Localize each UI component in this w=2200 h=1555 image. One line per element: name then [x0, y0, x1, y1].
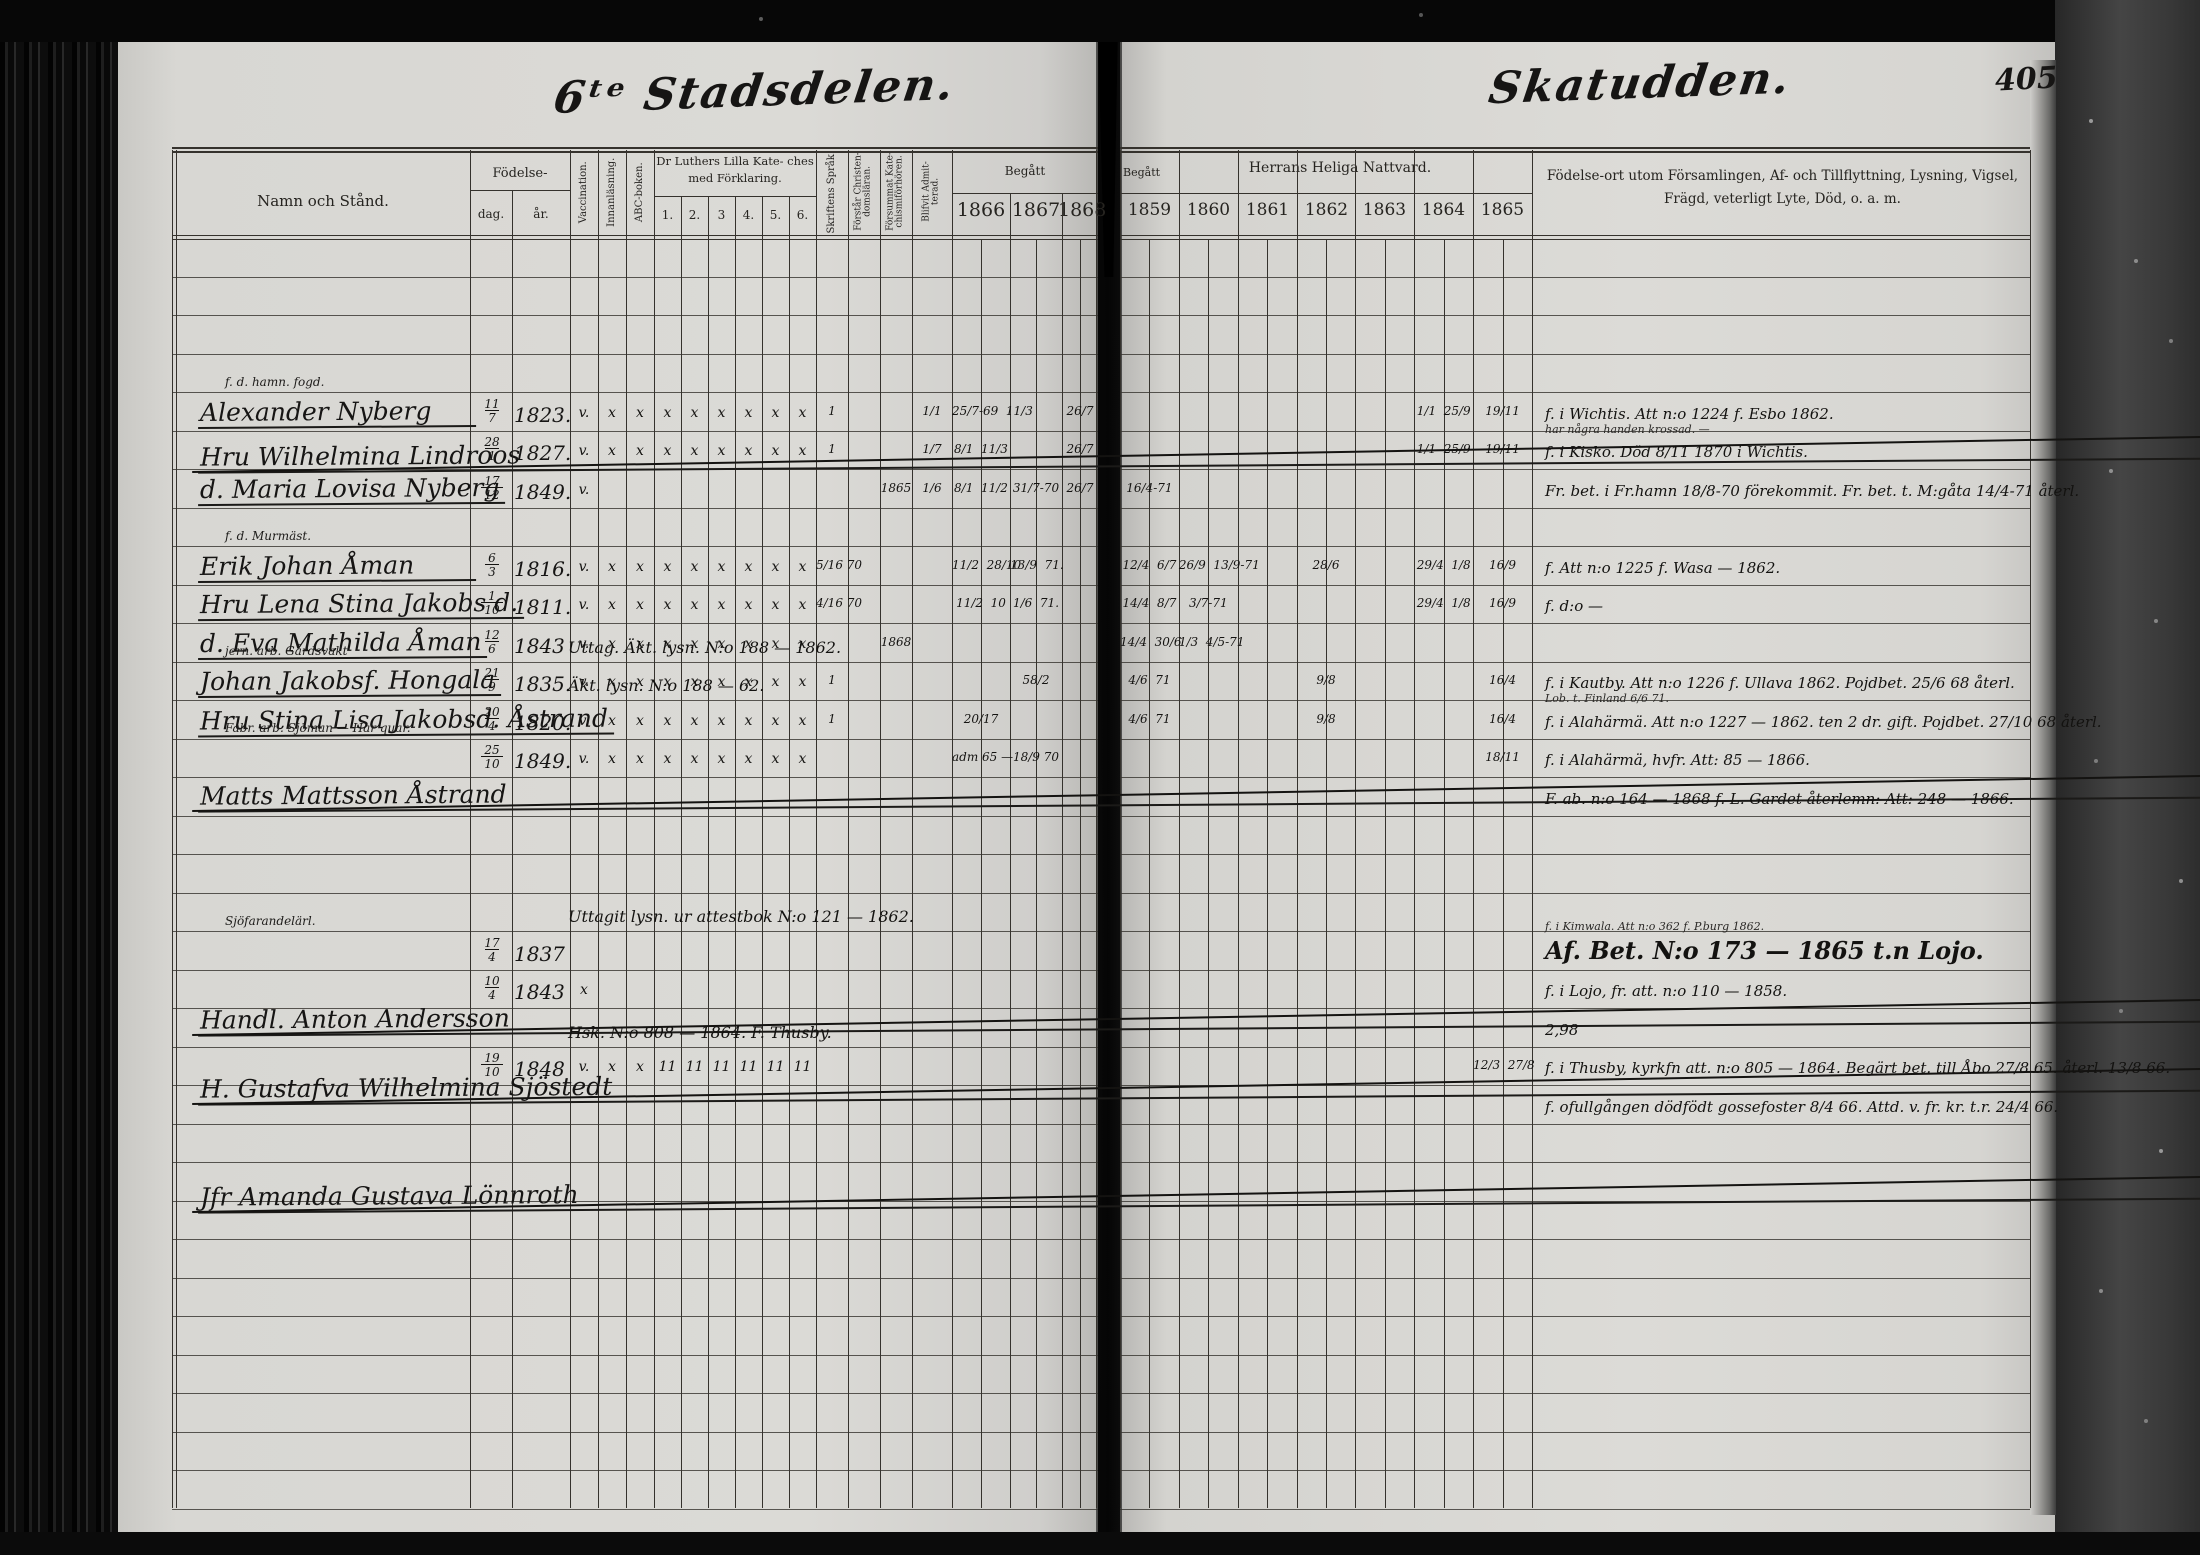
entry-remark: f. d:o — — [1545, 597, 1603, 615]
entry-birth-day: 110 — [475, 590, 509, 616]
grid-line-v — [1149, 239, 1150, 1508]
grid-line-h — [1120, 235, 2030, 236]
entry-mark-k2: 11 — [681, 1059, 708, 1075]
entry-mark-r3: 28/6 — [1297, 558, 1356, 572]
grid-line-v — [816, 150, 817, 1508]
entry-mark-k6: x — [789, 674, 816, 690]
entry-birth-year: 1837 — [514, 942, 565, 966]
entry-mark-k4: x — [735, 405, 762, 421]
photo-border-top — [0, 0, 2200, 42]
entry-mark-r1: 1/3 4/5-71 — [1179, 635, 1238, 649]
grid-line-v — [1414, 150, 1415, 1508]
entry-mark-r0: 4/6 71 — [1120, 673, 1179, 687]
entry-remark: f. i Alahärmä, hvfr. Att: 85 — 1866. — [1545, 751, 1810, 769]
grid-line-v — [1208, 239, 1209, 1508]
entry-birth-year: 1820. — [514, 711, 571, 735]
grid-line-h — [172, 893, 1098, 894]
catechism-col-3: 3 — [708, 208, 735, 222]
column-header-communion-left: Begått — [952, 164, 1098, 178]
entry-birth-year: 1843 — [514, 634, 565, 658]
grid-line-h — [1120, 739, 2030, 740]
entry-mark-vacc: x — [570, 982, 598, 998]
grid-line-h — [1120, 893, 2030, 894]
entry-remark-second: f. ofullgången dödfödt gossefoster 8/4 6… — [1545, 1098, 2058, 1116]
entry-mark-k6: x — [789, 405, 816, 421]
entry-mark-k6: 11 — [789, 1059, 816, 1075]
grid-line-v — [789, 197, 790, 1508]
catechism-col-6: 6. — [789, 208, 816, 222]
grid-line-h — [1120, 1355, 2030, 1356]
grid-line-v — [1179, 150, 1180, 1508]
entry-mark-k5: x — [762, 751, 789, 767]
grid-line-h — [172, 315, 1098, 316]
year-header-1864: 1864 — [1414, 200, 1473, 220]
photo-speckles — [0, 0, 2, 2]
catechism-col-5: 5. — [762, 208, 789, 222]
entry-mark-k4: x — [735, 559, 762, 575]
grid-line-h — [172, 151, 1098, 153]
entry-occupation-note: Sjöfarandelärl. — [225, 914, 316, 928]
grid-line-h — [172, 1470, 1098, 1471]
entry-mark-k5: x — [762, 559, 789, 575]
year-header-1865: 1865 — [1473, 200, 1532, 220]
grid-line-h — [1120, 816, 2030, 817]
entry-mark-k6: x — [789, 559, 816, 575]
entry-mark-r3: 9/8 — [1297, 712, 1356, 726]
entry-mark-skrift: 1 — [816, 712, 848, 726]
entry-mark-k2: x — [681, 443, 708, 459]
grid-line-h — [1120, 193, 1532, 194]
grid-line-h — [1120, 1278, 2030, 1279]
photo-border-bottom — [0, 1532, 2200, 1555]
entry-mark-y66: 25/7-69 11/3 — [952, 404, 1010, 418]
entry-mark-k6: x — [789, 713, 816, 729]
entry-birth-day: 1910 — [475, 1052, 509, 1078]
entry-birth-year: 1849. — [514, 480, 571, 504]
year-header-1862: 1862 — [1297, 200, 1356, 220]
grid-line-v — [735, 197, 736, 1508]
grid-line-v — [1010, 194, 1011, 1508]
right-page-title: Skatudden. — [1486, 53, 1795, 114]
grid-line-v — [681, 197, 682, 1508]
grid-line-v — [626, 150, 627, 1508]
grid-line-v — [1267, 239, 1268, 1508]
grid-line-h — [172, 1124, 1098, 1125]
year-header-1866: 1866 — [952, 199, 1010, 221]
grid-line-h — [470, 190, 570, 191]
entry-remark: f. i Lojo, fr. att. n:o 110 — 1858. — [1545, 982, 1787, 1000]
entry-mark-abc: x — [626, 443, 654, 459]
grid-line-v — [470, 150, 471, 1508]
grid-line-v — [1238, 150, 1239, 1508]
grid-line-h — [1120, 1047, 2030, 1048]
entry-mark-k2: x — [681, 559, 708, 575]
grid-line-h — [952, 193, 1098, 194]
year-header-1863: 1863 — [1355, 200, 1414, 220]
entry-mark-r0: 14/4 8/7 — [1120, 596, 1179, 610]
column-header-birth-day: dag. — [470, 207, 512, 221]
entry-mark-innan: x — [598, 597, 626, 613]
entry-mark-k5: x — [762, 674, 789, 690]
entry-mark-innan: x — [598, 1059, 626, 1075]
entry-mark-vacc: v. — [570, 713, 598, 729]
grid-line-v — [654, 150, 655, 1508]
entry-mark-adm: 1/1 — [912, 404, 952, 418]
entry-mark-abc: x — [626, 713, 654, 729]
grid-line-h — [172, 1239, 1098, 1240]
grid-line-v — [172, 150, 173, 1508]
grid-line-h — [1120, 1432, 2030, 1433]
entry-birth-day: 117 — [475, 398, 509, 424]
grid-line-h — [1120, 1316, 2030, 1317]
entry-mark-k3: x — [708, 751, 735, 767]
entry-margin-note: Uttagit lysn. ur attestbok N:o 121 — 186… — [568, 907, 914, 926]
column-header-birth-year: år. — [512, 207, 570, 221]
grid-line-v — [952, 150, 953, 1508]
entry-mark-k2: x — [681, 597, 708, 613]
entry-remark: f. i Wichtis. Att n:o 1224 f. Esbo 1862. — [1545, 405, 1834, 423]
entry-mark-innan: x — [598, 443, 626, 459]
entry-occupation-note: Fabr. arb. Sjöman — Har quar. — [225, 721, 411, 735]
grid-line-h — [1120, 1124, 2030, 1125]
entry-name: d. Maria Lovisa Nyberg — [198, 472, 506, 505]
grid-line-v — [1120, 150, 1121, 1508]
year-header-1867: 1867 — [1010, 199, 1062, 221]
grid-line-v — [848, 150, 849, 1508]
grid-line-h — [172, 623, 1098, 624]
entry-mark-k4: x — [735, 443, 762, 459]
grid-line-h — [172, 1393, 1098, 1394]
column-header-script-language: Skriftens Språk. — [827, 148, 838, 236]
grid-line-h — [172, 392, 1098, 393]
entry-mark-skrift: 5/16 70 — [816, 558, 848, 572]
entry-mark-k1: x — [654, 751, 681, 767]
entry-birth-day: 219 — [475, 667, 509, 693]
grid-line-h — [172, 700, 1098, 701]
entry-remark-second: 2,98 — [1545, 1021, 1578, 1039]
grid-line-h — [172, 1047, 1098, 1048]
book-spine-edge — [0, 0, 118, 1555]
grid-line-h — [1120, 147, 2030, 149]
entry-birth-day: 174 — [475, 937, 509, 963]
grid-line-h — [172, 1316, 1098, 1317]
entry-mark-abc: x — [626, 751, 654, 767]
column-header-vaccination: Vaccination. — [579, 148, 590, 236]
entry-occupation-note: f. d. Murmäst. — [225, 529, 311, 543]
entry-mark-skrift: 4/16 70 — [816, 596, 848, 610]
entry-mark-r6: 16/9 — [1473, 558, 1532, 572]
entry-birth-year: 1816. — [514, 557, 571, 581]
entry-mark-abc: x — [626, 559, 654, 575]
entry-mark-skrift: 1 — [816, 442, 848, 456]
entry-mark-k3: 11 — [708, 1059, 735, 1075]
entry-mark-r6: 12/3 27/8 — [1473, 1058, 1532, 1072]
year-header-1868: 1868 — [1058, 199, 1098, 221]
entry-mark-vacc: v. — [570, 597, 598, 613]
grid-line-h — [172, 431, 1098, 432]
entry-mark-r0: 12/4 6/7 — [1120, 558, 1179, 572]
entry-birth-day: 1712 — [475, 475, 509, 501]
entry-birth-year: 1848 — [514, 1057, 565, 1081]
entry-mark-vacc: v. — [570, 482, 598, 498]
entry-name: Alexander Nyberg — [198, 396, 476, 429]
entry-mark-y66: 8/1 11/2 — [952, 481, 1010, 495]
entry-mark-k2: x — [681, 751, 708, 767]
entry-occupation-note: f. d. hamn. fogd. — [225, 375, 324, 389]
entry-mark-r6: 19/11 — [1473, 404, 1532, 418]
entry-mark-y68: 26/7 — [1062, 442, 1098, 456]
entry-birth-year: 1843 — [514, 980, 565, 1004]
grid-line-v — [1096, 150, 1097, 1508]
column-header-neglected: Försummat Kate- chismiförhören. — [887, 147, 906, 235]
grid-line-h — [1120, 392, 2030, 393]
grid-line-h — [1120, 662, 2030, 663]
grid-line-h — [1120, 623, 2030, 624]
entry-mark-y66: 11/2 10 — [952, 596, 1010, 610]
column-header-birth: Födelse- — [470, 166, 570, 181]
grid-line-v — [1297, 150, 1298, 1508]
entry-mark-forsum: 1868 — [880, 635, 912, 649]
entry-birth-year: 1811. — [514, 595, 571, 619]
grid-line-v — [1062, 194, 1063, 1508]
catechism-col-4: 4. — [735, 208, 762, 222]
entry-mark-y67: 13/9 71. — [1010, 558, 1062, 572]
entry-mark-r6: 18/11 — [1473, 750, 1532, 764]
grid-line-h — [1120, 1393, 2030, 1394]
entry-mark-k6: x — [789, 443, 816, 459]
entry-mark-y67: 31/7-70 — [1010, 481, 1062, 495]
catechism-col-2: 2. — [681, 208, 708, 222]
grid-line-h — [172, 239, 1098, 240]
grid-line-h — [172, 277, 1098, 278]
entry-mark-abc: x — [626, 405, 654, 421]
grid-line-h — [172, 1162, 1098, 1163]
grid-line-v — [1080, 239, 1081, 1508]
entry-remark: f. Att n:o 1225 f. Wasa — 1862. — [1545, 559, 1780, 577]
entry-birth-day: 104 — [475, 975, 509, 1001]
grid-line-v — [1385, 239, 1386, 1508]
entry-name: Johan Jakobsf. Hongala — [198, 665, 501, 698]
entry-birth-day: 126 — [475, 629, 509, 655]
entry-remark: f. i Kautby. Att n:o 1226 f. Ullava 1862… — [1545, 674, 2015, 692]
entry-mark-k3: x — [708, 713, 735, 729]
grid-line-h — [1120, 546, 2030, 547]
grid-line-h — [172, 1432, 1098, 1433]
entry-mark-vacc: v. — [570, 405, 598, 421]
year-header-1859: 1859 — [1120, 200, 1179, 220]
entry-remark: f. i Alahärmä. Att n:o 1227 — 1862. ten … — [1545, 713, 2102, 731]
column-header-reading: Innanläsning. — [607, 148, 618, 236]
grid-line-h — [1120, 469, 2030, 470]
grid-line-h — [172, 1278, 1098, 1279]
grid-line-h — [172, 147, 1098, 149]
grid-line-v — [981, 239, 982, 1508]
entry-mark-abc: x — [626, 1059, 654, 1075]
entry-mark-k3: x — [708, 443, 735, 459]
column-header-notes: Födelse-ort utom Församlingen, Af- och T… — [1545, 165, 2020, 211]
entry-mark-k5: x — [762, 443, 789, 459]
entry-mark-k4: 11 — [735, 1059, 762, 1075]
entry-mark-k4: x — [735, 713, 762, 729]
grid-line-h — [172, 970, 1098, 971]
column-header-abc-book: ABC-boken. — [635, 148, 646, 236]
entry-mark-k5: x — [762, 597, 789, 613]
grid-line-v — [1532, 150, 1533, 1508]
entry-mark-k1: 11 — [654, 1059, 681, 1075]
grid-line-v — [1355, 150, 1356, 1508]
entry-remark: Af. Bet. N:o 173 — 1865 t.n Lojo. — [1545, 936, 1984, 965]
grid-line-h — [1120, 151, 2030, 153]
entry-mark-vacc: v. — [570, 559, 598, 575]
entry-mark-k4: x — [735, 597, 762, 613]
grid-line-v — [762, 197, 763, 1508]
entry-mark-k1: x — [654, 713, 681, 729]
grid-line-v — [1036, 239, 1037, 1508]
entry-mark-vacc: v. — [570, 1059, 598, 1075]
entry-remark: f. i Kisko. Död 8/11 1870 i Wichtis. — [1545, 443, 1808, 461]
entry-birth-day: 2510 — [475, 744, 509, 770]
entry-mark-r6: 16/9 — [1473, 596, 1532, 610]
grid-line-h — [1120, 239, 2030, 240]
grid-line-h — [1120, 970, 2030, 971]
column-header-understands: Förstår Christen- domsläran. — [855, 147, 874, 235]
entry-mark-adm: 1/7 — [912, 442, 952, 456]
column-header-catechism: Dr Luthers Lilla Kate- ches med Förklari… — [654, 153, 816, 188]
grid-line-h — [1120, 277, 2030, 278]
entry-mark-k6: x — [789, 751, 816, 767]
grid-line-h — [172, 546, 1098, 547]
entry-mark-y68: 26/7 — [1062, 404, 1098, 418]
entry-mark-k1: x — [654, 405, 681, 421]
year-header-1860: 1860 — [1179, 200, 1238, 220]
column-header-admitted: Blifvit Admit- terad. — [923, 147, 942, 235]
grid-line-h — [1120, 1239, 2030, 1240]
grid-line-h — [172, 816, 1098, 817]
entry-mark-k5: x — [762, 405, 789, 421]
entry-mark-k1: x — [654, 443, 681, 459]
entry-mark-r0: 16/4-71 — [1120, 481, 1179, 495]
grid-line-h — [172, 1509, 1098, 1510]
entry-mark-r0: 4/6 71 — [1120, 712, 1179, 726]
entry-birth-year: 1849. — [514, 749, 571, 773]
grid-line-v — [176, 150, 177, 1508]
entry-mark-y66: adm 65 — — [952, 750, 1010, 764]
entry-mark-k1: x — [654, 597, 681, 613]
entry-mark-k3: x — [708, 405, 735, 421]
grid-line-h — [1120, 1509, 2030, 1510]
entry-mark-k5: x — [762, 713, 789, 729]
entry-mark-r1: 3/7-71 — [1179, 596, 1238, 610]
grid-line-v — [570, 150, 571, 1508]
entry-name: Erik Johan Åman — [198, 550, 476, 583]
entry-mark-r6: 16/4 — [1473, 673, 1532, 687]
entry-mark-r6: 16/4 — [1473, 712, 1532, 726]
entry-mark-innan: x — [598, 559, 626, 575]
grid-line-h — [172, 235, 1098, 236]
entry-mark-skrift: 1 — [816, 404, 848, 418]
entry-mark-y66: 11/2 28/10 — [952, 558, 1010, 572]
entry-mark-y68: 26/7 — [1062, 481, 1098, 495]
entry-occupation-note: jern. arb. Gårdsvakt — [225, 644, 347, 658]
entry-birth-day: 63 — [475, 552, 509, 578]
entry-birth-year: 1827. — [514, 441, 571, 465]
entry-mark-r5: 29/4 1/8 — [1414, 558, 1473, 572]
entry-mark-vacc: v. — [570, 751, 598, 767]
grid-line-v — [1473, 150, 1474, 1508]
entry-mark-skrift: 1 — [816, 673, 848, 687]
entry-mark-r0: 14/4 30/6 — [1120, 635, 1179, 649]
grid-line-v — [1326, 239, 1327, 1508]
entry-mark-r1: 26/9 13/9-71 — [1179, 558, 1238, 572]
entry-birth-year: 1835. — [514, 672, 571, 696]
grid-line-v — [912, 150, 913, 1508]
entry-mark-y67: 1/6 71. — [1010, 596, 1062, 610]
grid-line-h — [1120, 354, 2030, 355]
grid-line-h — [172, 508, 1098, 509]
entry-margin-note: Hsk. N:o 808 — 1864. F. Thusby. — [568, 1023, 832, 1042]
grid-line-v — [598, 150, 599, 1508]
entry-mark-k2: x — [681, 713, 708, 729]
grid-line-h — [172, 854, 1098, 855]
entry-mark-r5: 29/4 1/8 — [1414, 596, 1473, 610]
entry-birth-year: 1823. — [514, 403, 571, 427]
entry-mark-k6: x — [789, 597, 816, 613]
entry-margin-note: Äkt. lysn. N:o 188 — 62. — [568, 676, 764, 695]
entry-mark-k2: x — [681, 405, 708, 421]
entry-remark: Fr. bet. i Fr.hamn 18/8-70 förekommit. F… — [1545, 482, 2079, 500]
grid-line-h — [1120, 315, 2030, 316]
grid-line-h — [1120, 585, 2030, 586]
entry-mark-adm: 1/6 — [912, 481, 952, 495]
entry-mark-forsum: 1865 — [880, 481, 912, 495]
grid-line-h — [172, 662, 1098, 663]
entry-mark-k5: 11 — [762, 1059, 789, 1075]
grid-line-h — [172, 585, 1098, 586]
entry-remark-second: F. ab. n:o 164 — 1868 f. L. Gardet återl… — [1545, 790, 2014, 808]
grid-line-v — [1444, 239, 1445, 1508]
grid-line-h — [1120, 854, 2030, 855]
grid-line-h — [1120, 1162, 2030, 1163]
year-header-1861: 1861 — [1238, 200, 1297, 220]
entry-mark-k1: x — [654, 559, 681, 575]
grid-line-h — [1120, 508, 2030, 509]
page-number: 405 — [1994, 60, 2058, 98]
grid-line-v — [512, 191, 513, 1508]
entry-mark-r6: 19/11 — [1473, 442, 1532, 456]
entry-mark-y66: 8/1 11/3 — [952, 442, 1010, 456]
entry-mark-r3: 9/8 — [1297, 673, 1356, 687]
entry-remark-small: Lob. t. Finland 6/6 71. — [1545, 692, 1669, 705]
entry-birth-day: 204 — [475, 706, 509, 732]
entry-remark: f. i Thusby, kyrkfn att. n:o 805 — 1864.… — [1545, 1059, 2170, 1077]
entry-mark-innan: x — [598, 713, 626, 729]
grid-line-v — [708, 197, 709, 1508]
entry-mark-y66: 20/17 — [952, 712, 1010, 726]
entry-mark-y67: 18/9 70 — [1010, 750, 1062, 764]
entry-mark-y67: 58/2 — [1010, 673, 1062, 687]
entry-birth-day: 281 — [475, 436, 509, 462]
column-header-name: Namn och Stånd. — [180, 192, 466, 210]
entry-mark-r5: 1/1 25/9 — [1414, 404, 1473, 418]
grid-line-v — [1503, 239, 1504, 1508]
entry-mark-vacc: v. — [570, 443, 598, 459]
grid-line-h — [172, 931, 1098, 932]
entry-mark-innan: x — [598, 751, 626, 767]
entry-mark-abc: x — [626, 597, 654, 613]
entry-mark-r5: 1/1 25/9 — [1414, 442, 1473, 456]
entry-mark-k3: x — [708, 597, 735, 613]
catechism-col-1: 1. — [654, 208, 681, 222]
